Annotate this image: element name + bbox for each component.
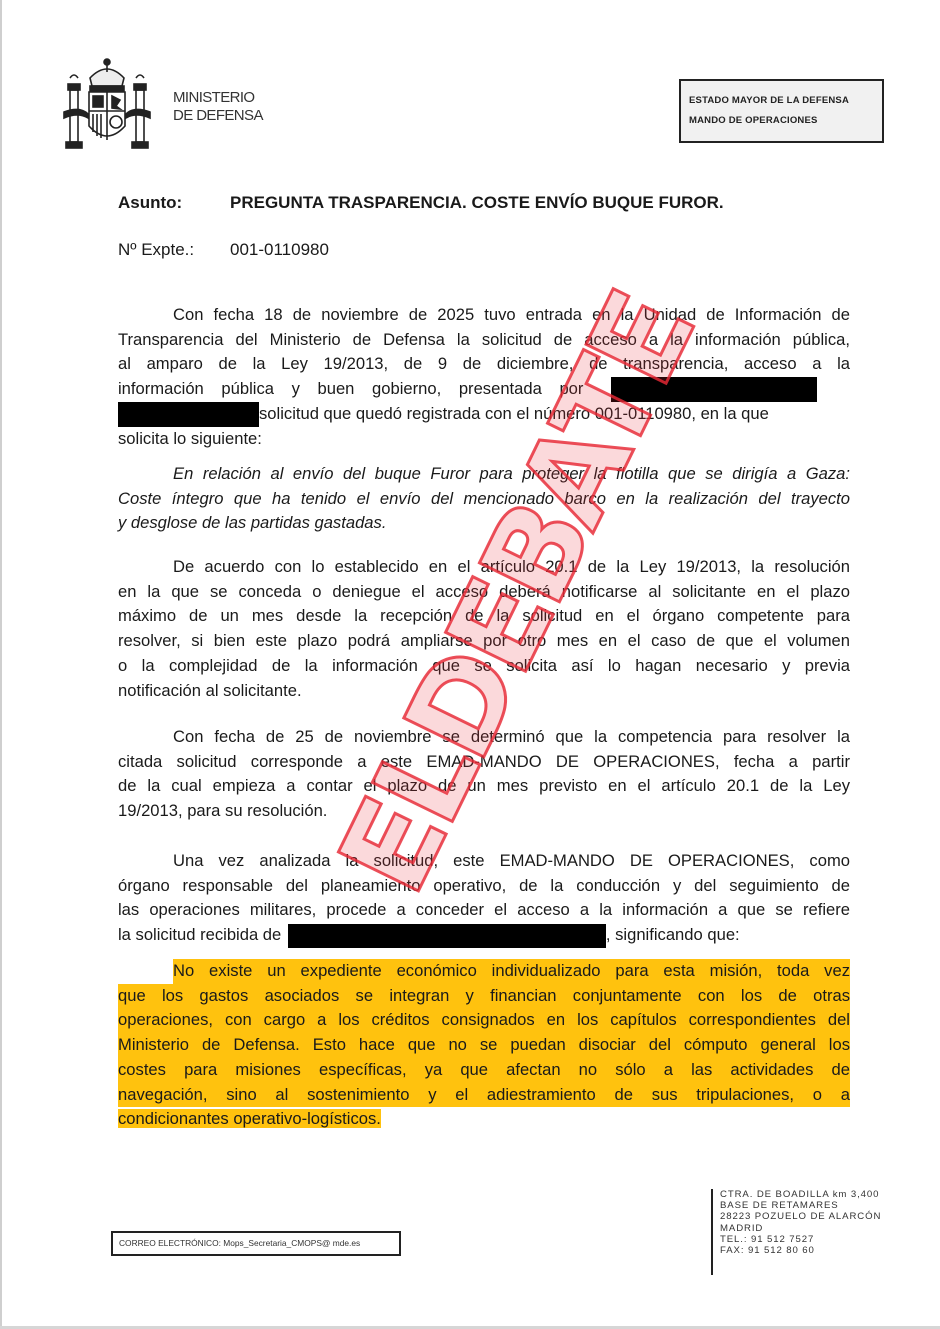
redaction-block (611, 377, 817, 402)
email-box: CORREO ELECTRÓNICO: Mops_Secretaria_CMOP… (111, 1231, 401, 1256)
text-line: 19/2013, para su resolución. (118, 799, 850, 824)
address-line: TEL.: 91 512 7527 (720, 1234, 881, 1245)
text-line: resolver, si bien este plazo podrá ampli… (118, 629, 850, 654)
subject-row: Asunto:PREGUNTA TRASPARENCIA. COSTE ENVÍ… (118, 193, 724, 213)
paragraph-access-granted: Una vez analizada la solicitud, este EMA… (118, 849, 850, 948)
text-line: Con fecha 18 de noviembre de 2025 tuvo e… (173, 305, 850, 324)
text-line: máximo de un mes desde la recepción de l… (118, 604, 850, 629)
highlighted-answer: No existe un expediente económico indivi… (118, 959, 850, 1132)
page-edge (0, 0, 2, 1329)
text-line: de la cual empieza a contar el plazo de … (118, 774, 850, 799)
text-line: Coste íntegro que ha tenido el envío del… (118, 487, 850, 512)
postal-address: CTRA. DE BOADILLA km 3,400 BASE DE RETAM… (711, 1189, 881, 1275)
text-line: costes para misiones específicas, ya que… (118, 1058, 850, 1083)
text-line: información pública y buen gobierno, pre… (118, 379, 583, 398)
request-quote: En relación al envío del buque Furor par… (118, 462, 850, 536)
text-line: Con fecha de 25 de noviembre se determin… (173, 727, 850, 746)
address-line: CTRA. DE BOADILLA km 3,400 (720, 1189, 881, 1200)
paragraph-competence: Con fecha de 25 de noviembre se determin… (118, 725, 850, 824)
text-line: o la complejidad de la información que s… (118, 654, 850, 679)
file-number-row: Nº Expte.:001-0110980 (118, 240, 329, 260)
ministry-name: MINISTERIO DE DEFENSA (173, 89, 263, 125)
text-line: navegación, sino al sostenimiento y el a… (118, 1083, 850, 1108)
address-line: FAX: 91 512 80 60 (720, 1245, 881, 1256)
text-line: órgano responsable del planeamiento oper… (118, 874, 850, 899)
text-line: Ministerio de Defensa. Esto hace que no … (118, 1033, 850, 1058)
subject-label: Asunto: (118, 193, 230, 213)
text-line: solicita lo siguiente: (118, 427, 850, 452)
text-line: en la que se conceda o deniegue el acces… (118, 580, 850, 605)
paragraph-legal-deadline: De acuerdo con lo establecido en el artí… (118, 555, 850, 703)
spanish-coat-of-arms-icon (60, 56, 154, 152)
text-line: solicitud que quedó registrada con el nú… (259, 404, 769, 423)
text-line: Una vez analizada la solicitud, este EMA… (173, 851, 850, 870)
text-line: condicionantes operativo-logísticos. (118, 1109, 381, 1128)
issuing-unit-box: ESTADO MAYOR DE LA DEFENSA MANDO DE OPER… (679, 79, 884, 143)
subject-value: PREGUNTA TRASPARENCIA. COSTE ENVÍO BUQUE… (230, 193, 724, 212)
unit-line: MANDO DE OPERACIONES (689, 111, 882, 131)
address-line: BASE DE RETAMARES (720, 1200, 881, 1211)
text-line: y desglose de las partidas gastadas. (118, 511, 850, 536)
address-line: MADRID (720, 1223, 881, 1234)
unit-line: ESTADO MAYOR DE LA DEFENSA (689, 91, 882, 111)
text-line: las operaciones militares, procede a con… (118, 898, 850, 923)
text-line: notificación al solicitante. (118, 679, 850, 704)
redaction-block (118, 402, 259, 427)
text-line: citada solicitud corresponde a este EMAD… (118, 750, 850, 775)
paragraph-request-entry: Con fecha 18 de noviembre de 2025 tuvo e… (118, 303, 850, 452)
text-line: Transparencia del Ministerio de Defensa … (118, 328, 850, 353)
ministry-line: DE DEFENSA (173, 107, 263, 125)
text-line: De acuerdo con lo establecido en el artí… (173, 557, 850, 576)
file-number-value: 001-0110980 (230, 240, 329, 259)
text-line: que los gastos asociados se integran y f… (118, 984, 850, 1009)
text-line: la solicitud recibida de (118, 925, 281, 944)
text-line: al amparo de la Ley 19/2013, de 9 de dic… (118, 352, 850, 377)
address-line: 28223 POZUELO DE ALARCÓN (720, 1211, 881, 1222)
text-line: En relación al envío del buque Furor par… (173, 464, 850, 483)
ministry-line: MINISTERIO (173, 89, 263, 107)
text-line: operaciones, con cargo a los créditos co… (118, 1008, 850, 1033)
text-line: , significando que: (606, 925, 740, 944)
text-line: No existe un expediente económico indivi… (173, 961, 850, 980)
file-number-label: Nº Expte.: (118, 240, 230, 260)
redaction-block (288, 924, 606, 948)
